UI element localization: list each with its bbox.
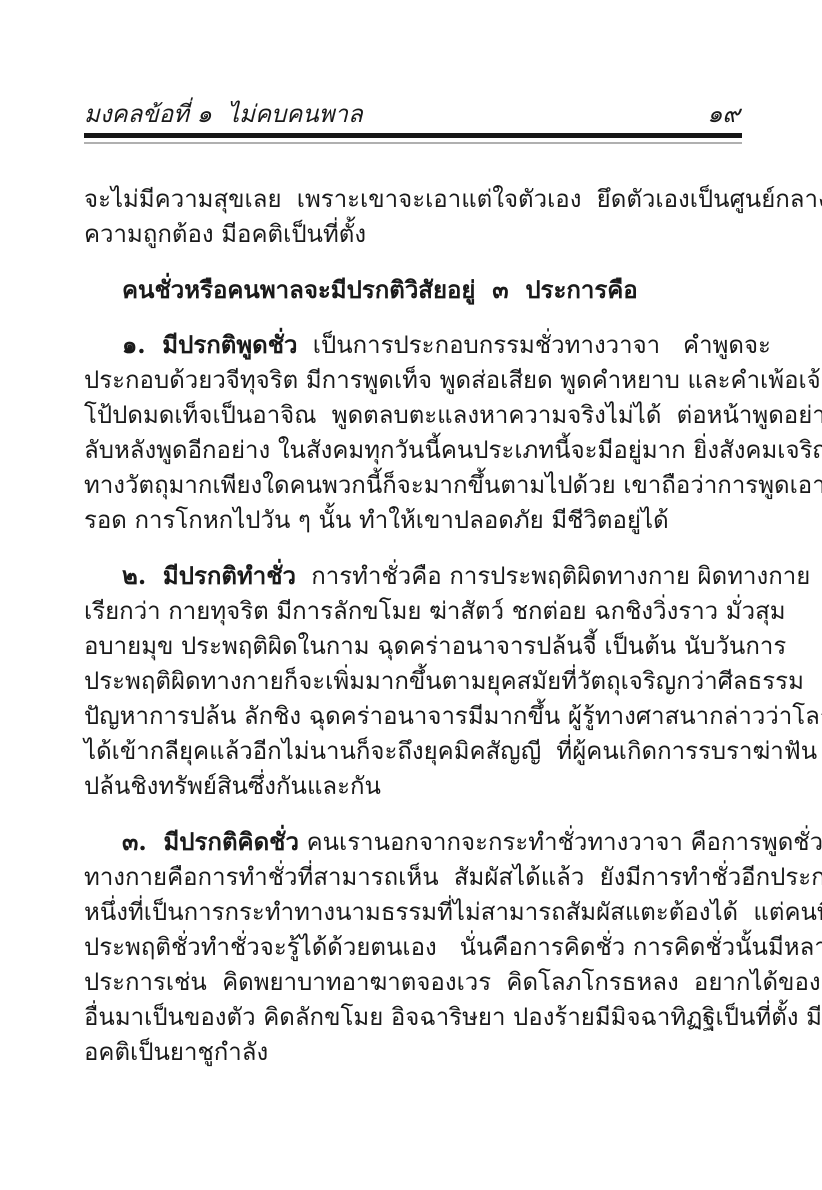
text-line: ทางกายคือการทำชั่วที่สามารถเห็น สัมผัสได… [84,860,744,895]
item-2-do-evil: ๒. มีปรกติทำชั่ว การทำชั่วคือ การประพฤติ… [84,558,744,804]
section-heading: คนชั่วหรือคนพาลจะมีปรกติวิสัยอยู่ ๓ ประก… [84,272,744,307]
text-line: ๓. มีปรกติคิดชั่ว คนเรานอกจากจะกระทำชั่ว… [84,824,744,860]
text-line: อื่นมาเป็นของตัว คิดลักขโมย อิจฉาริษยา ป… [84,1000,744,1035]
text-line: ๒. มีปรกติทำชั่ว การทำชั่วคือ การประพฤติ… [84,558,744,594]
paragraph-continuation: จะไม่มีความสุขเลย เพราะเขาจะเอาแต่ใจตัวเ… [84,182,744,252]
text-line: ความถูกต้อง มีอคติเป็นที่ตั้ง [84,217,744,252]
text-line: ประกอบด้วยวจีทุจริต มีการพูดเท็จ พูดส่อเ… [84,363,744,398]
text-line: จะไม่มีความสุขเลย เพราะเขาจะเอาแต่ใจตัวเ… [84,182,744,217]
item-number-bold-lead: ๓. มีปรกติคิดชั่ว [122,827,299,856]
header-rule-thick [84,133,742,138]
text-line: ปัญหาการปล้น ลักชิง ฉุดคร่าอนาจารมีมากขึ… [84,699,744,734]
text-line: ได้เข้ากลียุคแล้วอีกไม่นานก็จะถึงยุคมิคส… [84,734,744,769]
page-number: ๑๙ [707,94,740,133]
running-title: มงคลข้อที่ ๑ ไม่คบคนพาล [84,94,363,133]
text-line: ลับหลังพูดอีกอย่าง ในสังคมทุกวันนี้คนประ… [84,433,744,468]
text-line: ปล้นชิงทรัพย์สินซึ่งกันและกัน [84,769,744,804]
header-rule-thin [84,142,742,144]
item-number-bold-lead: ๑. มีปรกติพูดชั่ว [122,330,298,359]
text-line: หนึ่งที่เป็นการกระทำทางนามธรรมที่ไม่สามา… [84,895,744,930]
running-header: มงคลข้อที่ ๑ ไม่คบคนพาล ๑๙ [84,94,740,133]
text-line: ประพฤติผิดทางกายก็จะเพิ่มมากขึ้นตามยุคสม… [84,664,744,699]
text-line: คนชั่วหรือคนพาลจะมีปรกติวิสัยอยู่ ๓ ประก… [84,272,744,307]
text-line: เรียกว่า กายทุจริต มีการลักขโมย ฆ่าสัตว์… [84,594,744,629]
text-line: โป้ปดมดเท็จเป็นอาจิณ พูดตลบตะแลงหาความจร… [84,398,744,433]
item-number-bold-lead: ๒. มีปรกติทำชั่ว [122,561,296,590]
line-text: การทำชั่วคือ การประพฤติผิดทางกาย ผิดทางก… [296,562,810,590]
text-line: ๑. มีปรกติพูดชั่ว เป็นการประกอบกรรมชั่วท… [84,327,744,363]
page-body: จะไม่มีความสุขเลย เพราะเขาจะเอาแต่ใจตัวเ… [84,182,744,1070]
text-line: อบายมุข ประพฤติผิดในกาม ฉุดคร่าอนาจารปล้… [84,629,744,664]
text-line: ทางวัตถุมากเพียงใดคนพวกนี้ก็จะมากขึ้นตาม… [84,468,744,503]
text-line: รอด การโกหกไปวัน ๆ นั้น ทำให้เขาปลอดภัย … [84,503,744,538]
text-line: ประการเช่น คิดพยาบาทอาฆาตจองเวร คิดโลภโก… [84,965,744,1000]
header-rule [84,133,742,144]
item-3-think-evil: ๓. มีปรกติคิดชั่ว คนเรานอกจากจะกระทำชั่ว… [84,824,744,1070]
book-page: มงคลข้อที่ ๑ ไม่คบคนพาล ๑๙ จะไม่มีความสุ… [0,0,822,1190]
text-line: อคติเป็นยาชูกำลัง [84,1035,744,1070]
item-1-speak-evil: ๑. มีปรกติพูดชั่ว เป็นการประกอบกรรมชั่วท… [84,327,744,538]
text-line: ประพฤติชั่วทำชั่วจะรู้ได้ด้วยตนเอง นั่นค… [84,930,744,965]
line-text: คนเรานอกจากจะกระทำชั่วทางวาจา คือการพูดช… [299,828,822,856]
line-text: เป็นการประกอบกรรมชั่วทางวาจา คำพูดจะ [298,331,771,359]
